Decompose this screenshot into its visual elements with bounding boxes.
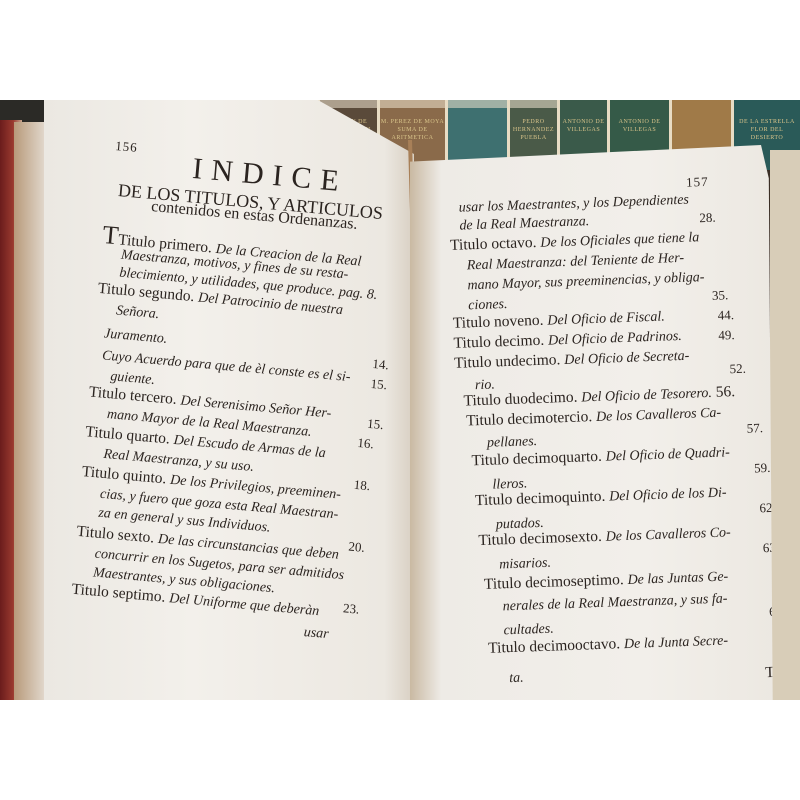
entry-desc: Del Oficio de Tesorero.	[581, 386, 712, 406]
entry-title: Titulo decimo.	[453, 332, 544, 352]
entry-page: 20.	[348, 539, 366, 556]
entry-page: 35.	[712, 287, 729, 304]
entry-desc: pellanes.	[487, 434, 538, 451]
entry-page: 59.	[754, 460, 771, 477]
entry-page: 18.	[353, 477, 371, 494]
paper-background	[770, 150, 800, 700]
entry-page: 52.	[729, 361, 746, 378]
page-number: 156	[115, 138, 139, 156]
spine-label: ANTONIO DE VILLEGAS	[610, 118, 669, 134]
spine-label: M. PEREZ DE MOYA SUMA DE ARITMETICA	[380, 118, 445, 142]
entry-desc: misarios.	[499, 556, 551, 573]
entry-desc: Del Oficio de Quadri-	[606, 445, 730, 464]
spine-label: DE LA ESTRELLA FLOR DEL DESIERTO	[734, 118, 800, 142]
entry-title: Titulo noveno.	[453, 312, 544, 332]
entry-page: 28.	[699, 210, 716, 227]
entry-title: Titulo octavo.	[450, 234, 537, 254]
entry-title: Titulo undecimo.	[454, 351, 561, 372]
entry-desc: de la Real Maestranza.	[459, 214, 589, 234]
entry-desc: usar	[303, 625, 329, 642]
entry-page: 49.	[718, 327, 735, 344]
entry-page: 56.	[715, 383, 735, 401]
entry-title: Titulo tercero.	[88, 383, 177, 408]
entry-page: 16.	[357, 435, 375, 452]
page-number: 157	[686, 174, 709, 191]
entry-title: Titulo decimoseptimo.	[484, 571, 624, 593]
entry-desc: De los Cavalleros Co-	[605, 525, 731, 544]
spine-label: ANTONIO DE VILLEGAS	[560, 118, 607, 134]
entry-desc: Señora.	[115, 303, 159, 322]
entry-page: 23.	[342, 600, 360, 617]
entry-desc: Del Uniforme que deberàn	[169, 591, 320, 619]
entry-page: 14.	[372, 356, 390, 373]
right-entries: 157 usar los Maestrantes, y los Dependie…	[448, 174, 768, 185]
entry-page: 57.	[746, 420, 763, 437]
entry-title: Titulo duodecimo.	[463, 389, 577, 410]
entry-title: Titulo decimoquarto.	[471, 448, 602, 470]
right-page: 157 usar los Maestrantes, y los Dependie…	[410, 145, 800, 700]
entry-desc: De la Junta Secre-	[624, 634, 729, 653]
left-page: 156 INDICE DE LOS TITULOS, Y ARTICULOS c…	[44, 100, 414, 700]
entry-desc: Del Oficio de Secreta-	[564, 349, 689, 368]
entry-desc: De los Cavalleros Ca-	[596, 406, 722, 425]
entry-page: 15.	[367, 416, 385, 433]
entry-title: Titulo decimooctavo.	[488, 635, 621, 657]
entry-desc: nerales de la Real Maestranza, y sus fa-	[502, 592, 727, 615]
entry-page: 15.	[370, 376, 388, 393]
entry-desc: Del Oficio de Fiscal.	[547, 310, 665, 329]
entry-desc: ta.	[509, 671, 524, 686]
entry-desc: De las Juntas Ge-	[627, 569, 728, 588]
entry-desc: mano Mayor, sus preeminencias, y obliga-	[467, 270, 704, 293]
entry-title: Titulo decimotercio.	[466, 408, 593, 429]
entry-desc: Juramento.	[103, 326, 167, 346]
entry-title: Titulo sexto.	[76, 523, 155, 547]
entry-page: 44.	[717, 307, 734, 324]
entry-desc: ciones.	[468, 297, 508, 313]
entry-desc: De los Oficiales que tiene la	[540, 230, 699, 251]
entry-title: Titulo decimosexto.	[478, 528, 602, 549]
entry-desc: Del Oficio de los Di-	[609, 485, 727, 504]
entry-desc: Del Oficio de Padrinos.	[548, 329, 682, 349]
entry-title: Titulo decimoquinto.	[475, 488, 606, 510]
book-photo: VICENTE ESPINEL MARTIN DE TAPIA VERGEL D…	[0, 100, 800, 700]
spine-label: PEDRO HERNANDEZ PUEBLA	[510, 118, 557, 142]
entry-desc: cultades.	[503, 622, 554, 639]
